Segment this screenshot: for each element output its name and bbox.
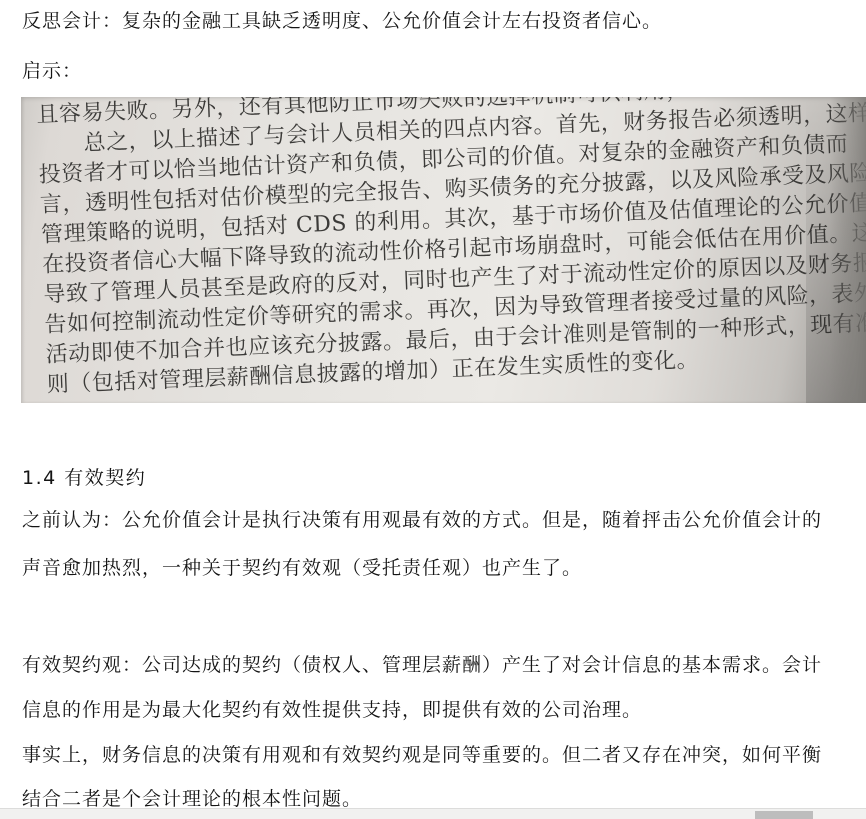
paragraph-insight-label: 启示： bbox=[22, 59, 82, 83]
paragraph-contract-view-line2: 信息的作用是为最大化契约有效性提供支持，即提供有效的公司治理。 bbox=[22, 698, 642, 722]
paragraph-prior-view-line1: 之前认为：公允价值会计是执行决策有用观最有效的方式。但是，随着抨击公允价值会计的 bbox=[22, 508, 822, 532]
section-heading: 1.4 有效契约 bbox=[22, 463, 146, 490]
embedded-book-page-photo: 且容易失败。另外，还有其他防止市场失败的选择机制可供利用， 总之，以上描述了与会… bbox=[21, 97, 866, 403]
paragraph-reflection: 反思会计：复杂的金融工具缺乏透明度、公允价值会计左右投资者信心。 bbox=[22, 9, 662, 33]
horizontal-scrollbar[interactable] bbox=[0, 808, 866, 819]
paragraph-contract-view-line1: 有效契约观：公司达成的契约（债权人、管理层薪酬）产生了对会计信息的基本需求。会计 bbox=[22, 653, 822, 677]
document-canvas: { "document": { "line_reflection": "反思会计… bbox=[0, 0, 866, 819]
paragraph-balance-line1: 事实上，财务信息的决策有用观和有效契约观是同等重要的。但二者又存在冲突，如何平衡 bbox=[22, 743, 822, 767]
horizontal-scrollbar-thumb[interactable] bbox=[755, 811, 813, 819]
paragraph-prior-view-line2: 声音愈加热烈，一种关于契约有效观（受托责任观）也产生了。 bbox=[22, 556, 582, 580]
book-page-text: 且容易失败。另外，还有其他防止市场失败的选择机制可供利用， 总之，以上描述了与会… bbox=[36, 97, 866, 401]
